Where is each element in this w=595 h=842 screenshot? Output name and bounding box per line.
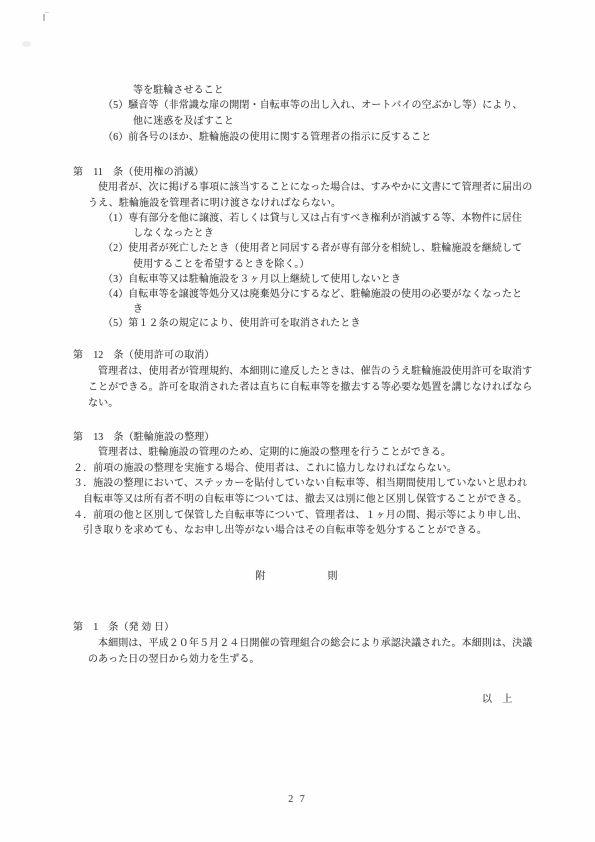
item-4-continuation: 等を駐輪させること	[133, 81, 224, 96]
article-13-heading: 第 13 条（駐輪施設の整理）	[73, 428, 215, 443]
article-11-item-4: （4）自転車等を譲渡等処分又は廃棄処分にするなど、駐輪施設の使用の必要がなくなっ…	[103, 285, 522, 300]
supplement-article-1-heading: 第 1 条（発 効 日）	[73, 618, 174, 633]
article-11-heading: 第 11 条（使用権の消滅）	[73, 163, 204, 178]
article-12-body: ない。	[88, 394, 118, 409]
article-11-item-2-continuation: 使用することを希望するときを除く。）	[133, 255, 310, 270]
closing-mark: 以 上	[482, 690, 512, 705]
article-11-body: 使用者が、次に掲げる事項に該当することになった場合は、すみやかに文書にて管理者に…	[98, 178, 532, 193]
article-12-heading: 第 12 条（使用許可の取消）	[73, 346, 215, 361]
article-11-item-5: （5）第１２条の規定により、使用許可を取消されたとき	[103, 314, 361, 329]
article-13-paragraph-1: 管理者は、駐輪施設の管理のため、定期的に施設の整理を行うことができる。	[98, 443, 451, 458]
supplement-article-1-body: のあった日の翌日から効力を生ずる。	[88, 650, 260, 665]
article-13-paragraph-2: ２．前項の施設の整理を実施する場合、使用者は、これに協力しなければならない。	[73, 459, 457, 474]
article-13-paragraph-4-continuation: 引き取りを求めても、なお申し出等がない場合はその自転車等を処分することができる。	[83, 521, 487, 536]
document-page: 等を駐輪させること （5）騒音等（非常識な扉の開閉・自転車等の出し入れ、オートバ…	[0, 0, 595, 842]
article-12-body: ことができる。許可を取消された者は直ちに自転車等を撤去する等必要な処置を講じなけ…	[88, 378, 532, 393]
page-number: 2 7	[0, 794, 595, 805]
article-13-paragraph-4: ４．前項の他と区別して保管した自転車等について、管理者は、１ヶ月の間、掲示等によ…	[73, 506, 527, 521]
supplement-heading: 附 則	[0, 567, 595, 582]
item-5-continuation: 他に迷惑を及ぼすこと	[133, 112, 234, 127]
article-12-body: 管理者は、使用者が管理規約、本細則に違反したときは、催告のうえ駐輪施設使用許可を…	[98, 362, 532, 377]
article-11-item-2: （2）使用者が死亡したとき（使用者と同居する者が専有部分を相続し、駐輪施設を継続…	[103, 239, 522, 254]
supplement-article-1-body: 本細則は、平成２０年５月２４日開催の管理組合の総会により承認決議された。本細則は…	[98, 634, 532, 649]
article-11-body: うえ、駐輪施設を管理者に明け渡さなければならない。	[88, 194, 341, 209]
scan-artifact	[22, 41, 31, 47]
article-11-item-1: （1）専有部分を他に譲渡、若しくは貸与し又は占有すべき権利が消滅する等、本物件に…	[103, 209, 522, 224]
item-5: （5）騒音等（非常識な扉の開閉・自転車等の出し入れ、オートバイの空ぶかし等）によ…	[103, 96, 523, 111]
article-11-item-1-continuation: しなくなったとき	[133, 224, 214, 239]
item-6: （6）前各号のほか、駐輪施設の使用に関する管理者の指示に反すること	[103, 128, 431, 143]
article-13-paragraph-3: ３．施設の整理において、ステッカーを貼付していない自転車等、相当期間使用していな…	[73, 474, 527, 489]
article-13-paragraph-3-continuation: 自転車等又は所有者不明の自転車等については、撤去又は別に他と区別し保管することが…	[83, 490, 527, 505]
article-11-item-3: （3）自転車等又は駐輪施設を３ヶ月以上継続して使用しないとき	[103, 270, 401, 285]
scan-artifact	[44, 12, 49, 13]
article-11-item-4-continuation: き	[133, 300, 143, 315]
scan-artifact	[43, 14, 45, 21]
